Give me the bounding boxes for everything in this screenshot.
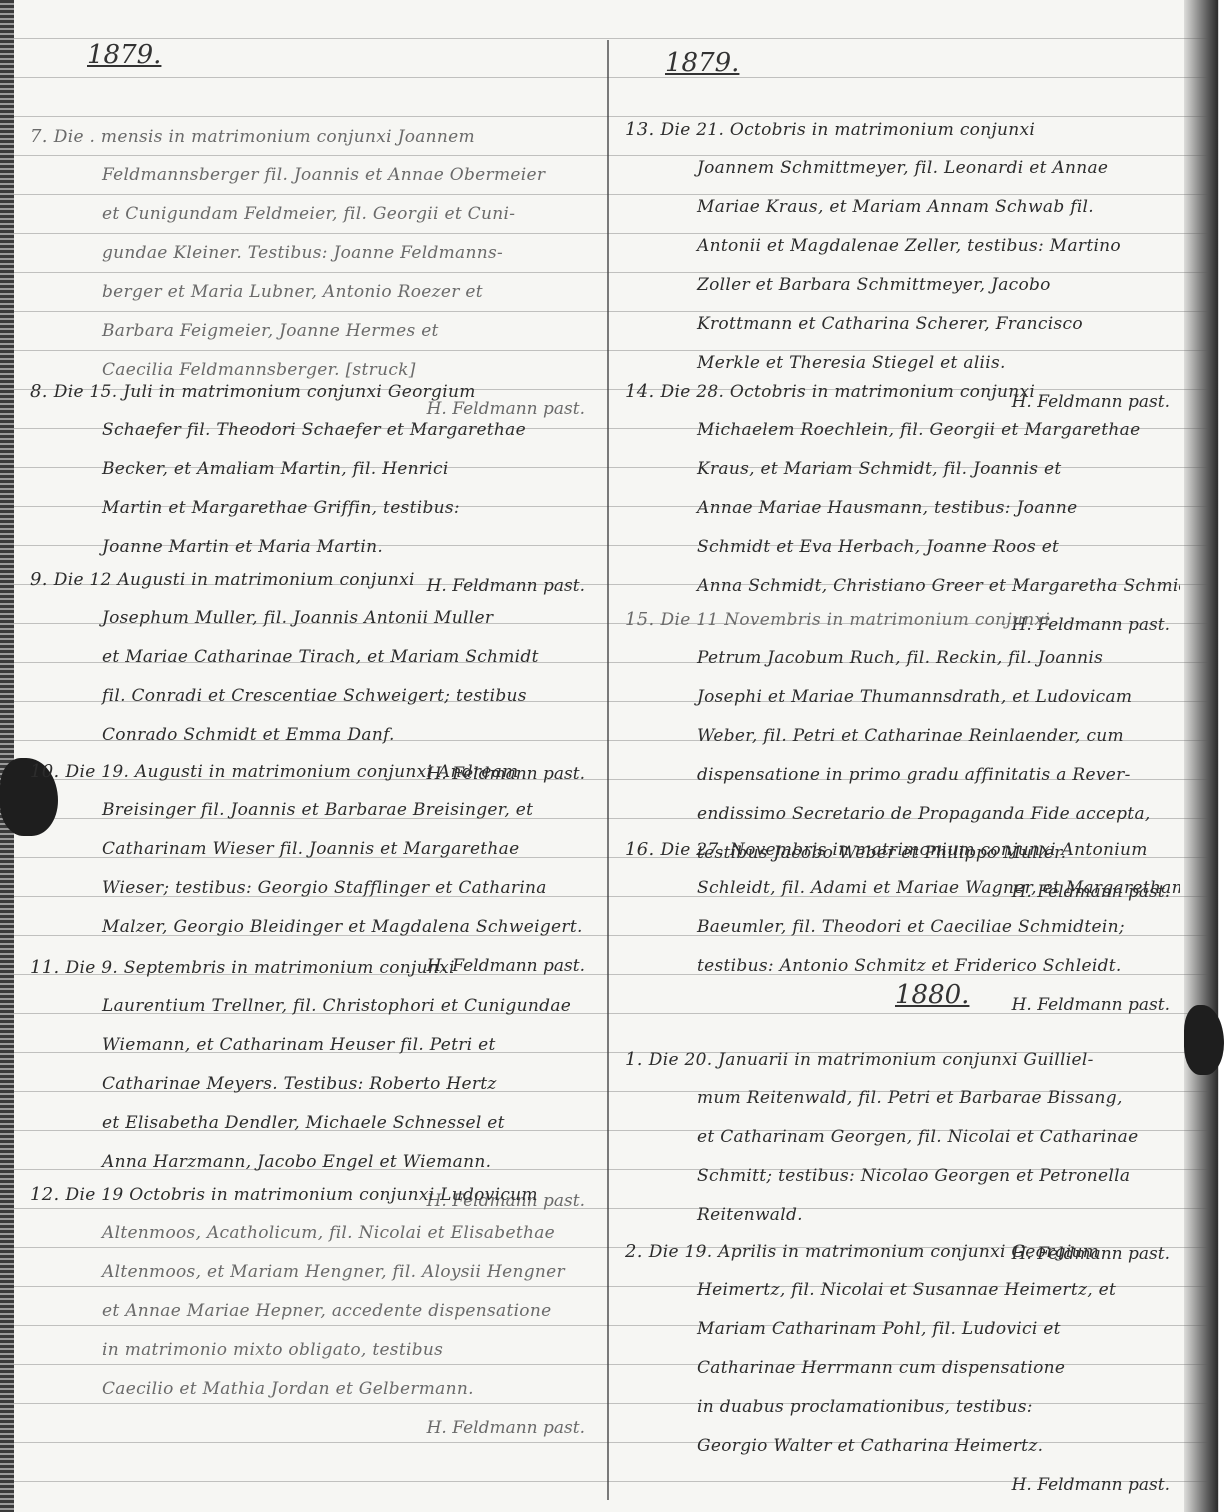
register-page: 1879. 7.Die . mensis in matrimonium conj… <box>0 0 1224 1512</box>
entry-line: Breisinger fil. Joannis et Barbarae Brei… <box>30 791 595 830</box>
entry-line: Schmitt; testibus: Nicolao Georgen et Pe… <box>625 1157 1180 1196</box>
entry-line: 15.Die 11 Novembris in matrimonium conju… <box>625 600 1180 639</box>
binding-edge-right <box>1184 0 1224 1512</box>
entry-line: et Elisabetha Dendler, Michaele Schnesse… <box>30 1104 595 1143</box>
entry-line: Martin et Margarethae Griffin, testibus: <box>30 489 595 528</box>
entry-line: Heimertz, fil. Nicolai et Susannae Heime… <box>625 1271 1180 1310</box>
entry-line: mum Reitenwald, fil. Petri et Barbarae B… <box>625 1079 1180 1118</box>
entry-line: gundae Kleiner. Testibus: Joanne Feldman… <box>30 234 595 273</box>
entry-line: Catharinae Herrmann cum dispensatione <box>625 1349 1180 1388</box>
entry-number: 9. <box>30 569 48 590</box>
entry-line: Josephum Muller, fil. Joannis Antonii Mu… <box>30 599 595 638</box>
pastor-signature: H. Feldmann past. <box>30 1409 595 1448</box>
year-header-right: 1879. <box>665 48 739 78</box>
entry-line: 14.Die 28. Octobris in matrimonium conju… <box>625 372 1180 411</box>
entry-number: 1. <box>625 1049 643 1070</box>
entry-number: 16. <box>625 839 655 860</box>
year-header-1880: 1880. <box>895 980 969 1010</box>
entry-line: berger et Maria Lubner, Antonio Roezer e… <box>30 273 595 312</box>
entry-line: Mariae Kraus, et Mariam Annam Schwab fil… <box>625 188 1180 227</box>
entry-line: Schaefer fil. Theodori Schaefer et Marga… <box>30 411 595 450</box>
entry-line: Weber, fil. Petri et Catharinae Reinlaen… <box>625 717 1180 756</box>
entry-line: et Catharinam Georgen, fil. Nicolai et C… <box>625 1118 1180 1157</box>
entry-number: 2. <box>625 1241 643 1262</box>
entry-line: in duabus proclamationibus, testibus: <box>625 1388 1180 1427</box>
entry-line: 2.Die 19. Aprilis in matrimonium conjunx… <box>625 1232 1180 1271</box>
marriage-entry-1880-2: 2.Die 19. Aprilis in matrimonium conjunx… <box>625 1232 1180 1505</box>
entry-line: Laurentium Trellner, fil. Christophori e… <box>30 987 595 1026</box>
entry-line: fil. Conradi et Crescentiae Schweigert; … <box>30 677 595 716</box>
entry-line: Altenmoos, et Mariam Hengner, fil. Aloys… <box>30 1253 595 1292</box>
binding-edge-left <box>0 0 14 1512</box>
entry-number: 7. <box>30 126 48 147</box>
entry-line: Krottmann et Catharina Scherer, Francisc… <box>625 305 1180 344</box>
entry-line: endissimo Secretario de Propaganda Fide … <box>625 795 1180 834</box>
entry-line: Michaelem Roechlein, fil. Georgii et Mar… <box>625 411 1180 450</box>
entry-line: Josephi et Mariae Thumannsdrath, et Ludo… <box>625 678 1180 717</box>
entry-number: 15. <box>625 609 655 630</box>
entry-line: Caecilio et Mathia Jordan et Gelbermann. <box>30 1370 595 1409</box>
marriage-entry-12: 12.Die 19 Octobris in matrimonium conjun… <box>30 1175 595 1448</box>
entry-line: 12.Die 19 Octobris in matrimonium conjun… <box>30 1175 595 1214</box>
entry-line: Barbara Feigmeier, Joanne Hermes et <box>30 312 595 351</box>
entry-line: 8.Die 15. Juli in matrimonium conjunxi G… <box>30 372 595 411</box>
entry-number: 11. <box>30 957 60 978</box>
entry-line: Malzer, Georgio Bleidinger et Magdalena … <box>30 908 595 947</box>
entry-line: 13.Die 21. Octobris in matrimonium conju… <box>625 110 1180 149</box>
entry-line: dispensatione in primo gradu affinitatis… <box>625 756 1180 795</box>
entry-line: Kraus, et Mariam Schmidt, fil. Joannis e… <box>625 450 1180 489</box>
entry-line: Catharinae Meyers. Testibus: Roberto Her… <box>30 1065 595 1104</box>
entry-line: Antonii et Magdalenae Zeller, testibus: … <box>625 227 1180 266</box>
entry-line: Altenmoos, Acatholicum, fil. Nicolai et … <box>30 1214 595 1253</box>
entry-line: Becker, et Amaliam Martin, fil. Henrici <box>30 450 595 489</box>
year-header-left: 1879. <box>87 40 161 70</box>
entry-line: Joannem Schmittmeyer, fil. Leonardi et A… <box>625 149 1180 188</box>
entry-line: 1.Die 20. Januarii in matrimonium conjun… <box>625 1040 1180 1079</box>
pastor-signature: H. Feldmann past. <box>625 1466 1180 1505</box>
entry-number: 12. <box>30 1184 60 1205</box>
entry-line: 16.Die 27. Novembris in matrimonium conj… <box>625 830 1180 869</box>
left-page-column: 1879. 7.Die . mensis in matrimonium conj… <box>30 0 595 1512</box>
entry-line: et Cunigundam Feldmeier, fil. Georgii et… <box>30 195 595 234</box>
entry-line: Petrum Jacobum Ruch, fil. Reckin, fil. J… <box>625 639 1180 678</box>
entry-number: 10. <box>30 761 60 782</box>
entry-line: Annae Mariae Hausmann, testibus: Joanne <box>625 489 1180 528</box>
entry-line: Schmidt et Eva Herbach, Joanne Roos et <box>625 528 1180 567</box>
entry-line: Reitenwald. <box>625 1196 1180 1235</box>
entry-number: 8. <box>30 381 48 402</box>
entry-line: et Annae Mariae Hepner, accedente dispen… <box>30 1292 595 1331</box>
entry-line: Feldmannsberger fil. Joannis et Annae Ob… <box>30 156 595 195</box>
entry-number: 14. <box>625 381 655 402</box>
entry-number: 13. <box>625 119 655 140</box>
entry-line: Catharinam Wieser fil. Joannis et Margar… <box>30 830 595 869</box>
entry-line: Wieser; testibus: Georgio Stafflinger et… <box>30 869 595 908</box>
entry-line: Georgio Walter et Catharina Heimertz. <box>625 1427 1180 1466</box>
entry-line: 7.Die . mensis in matrimonium conjunxi J… <box>30 117 595 156</box>
entry-line: 9.Die 12 Augusti in matrimonium conjunxi <box>30 560 595 599</box>
entry-line: et Mariae Catharinae Tirach, et Mariam S… <box>30 638 595 677</box>
page-gutter-divider <box>607 40 609 1500</box>
entry-line: Schleidt, fil. Adami et Mariae Wagner, e… <box>625 869 1180 908</box>
right-page-column: 1879. 13.Die 21. Octobris in matrimonium… <box>625 0 1180 1512</box>
entry-line: Baeumler, fil. Theodori et Caeciliae Sch… <box>625 908 1180 947</box>
entry-line: Mariam Catharinam Pohl, fil. Ludovici et <box>625 1310 1180 1349</box>
entry-line: 11.Die 9. Septembris in matrimonium conj… <box>30 948 595 987</box>
entry-line: in matrimonio mixto obligato, testibus <box>30 1331 595 1370</box>
entry-line: 10.Die 19. Augusti in matrimonium conjun… <box>30 752 595 791</box>
entry-line: Wiemann, et Catharinam Heuser fil. Petri… <box>30 1026 595 1065</box>
entry-line: Conrado Schmidt et Emma Danf. <box>30 716 595 755</box>
entry-line: Zoller et Barbara Schmittmeyer, Jacobo <box>625 266 1180 305</box>
